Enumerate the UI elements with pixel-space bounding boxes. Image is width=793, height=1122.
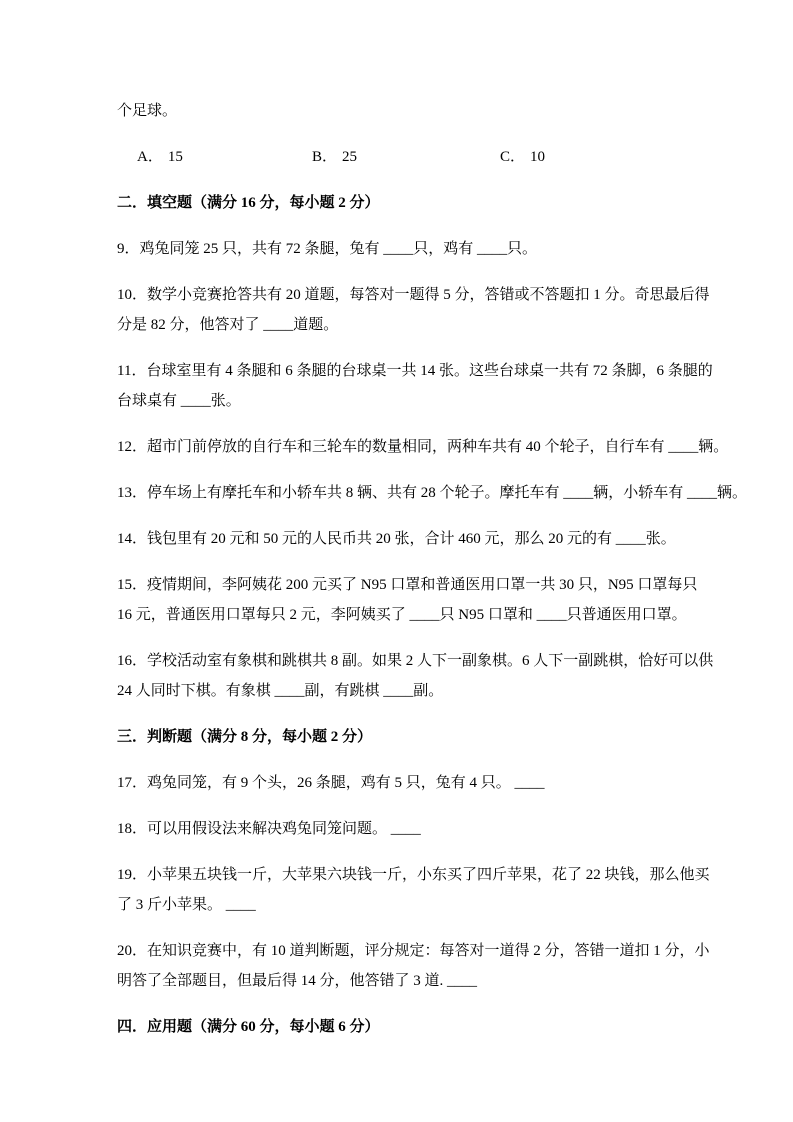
question-16: 16．学校活动室有象棋和跳棋共 8 副。如果 2 人下一副象棋。6 人下一副跳棋…	[117, 646, 683, 706]
question-12: 12．超市门前停放的自行车和三轮车的数量相同，两种车共有 40 个轮子，自行车有…	[117, 432, 683, 462]
question-8-continuation: 个足球。	[117, 96, 683, 126]
question-16-line-1: 16．学校活动室有象棋和跳棋共 8 副。如果 2 人下一副象棋。6 人下一副跳棋…	[117, 646, 683, 676]
option-c-value: 10	[530, 149, 545, 165]
question-11-line-2: 台球桌有 ____张。	[117, 386, 683, 416]
question-19-line-2: 了 3 斤小苹果。 ____	[117, 890, 683, 920]
section-4-heading: 四．应用题（满分 60 分，每小题 6 分）	[117, 1012, 683, 1042]
section-2-heading: 二．填空题（满分 16 分，每小题 2 分）	[117, 188, 683, 218]
question-11-line-1: 11．台球室里有 4 条腿和 6 条腿的台球桌一共 14 张。这些台球桌一共有 …	[117, 356, 683, 386]
question-13: 13．停车场上有摩托车和小轿车共 8 辆、共有 28 个轮子。摩托车有 ____…	[117, 478, 683, 508]
question-15-line-2: 16 元，普通医用口罩每只 2 元，李阿姨买了 ____只 N95 口罩和 __…	[117, 600, 683, 630]
option-a-value: 15	[168, 149, 183, 165]
question-15: 15．疫情期间，李阿姨花 200 元买了 N95 口罩和普通医用口罩一共 30 …	[117, 570, 683, 630]
question-11: 11．台球室里有 4 条腿和 6 条腿的台球桌一共 14 张。这些台球桌一共有 …	[117, 356, 683, 416]
question-8-options-row: A．15 B．25 C．10	[117, 142, 683, 172]
question-15-line-1: 15．疫情期间，李阿姨花 200 元买了 N95 口罩和普通医用口罩一共 30 …	[117, 570, 683, 600]
question-10: 10．数学小竞赛抢答共有 20 道题，每答对一题得 5 分，答错或不答题扣 1 …	[117, 280, 683, 340]
question-9: 9．鸡兔同笼 25 只，共有 72 条腿，兔有 ____只，鸡有 ____只。	[117, 234, 683, 264]
option-c: C．10	[500, 142, 545, 172]
question-20-line-2: 明答了全部题目，但最后得 14 分，他答错了 3 道. ____	[117, 966, 683, 996]
option-b-value: 25	[342, 149, 357, 165]
question-16-line-2: 24 人同时下棋。有象棋 ____副，有跳棋 ____副。	[117, 676, 683, 706]
question-13-line-1: 13．停车场上有摩托车和小轿车共 8 辆、共有 28 个轮子。摩托车有 ____…	[117, 478, 683, 508]
question-17-line-1: 17．鸡兔同笼，有 9 个头，26 条腿，鸡有 5 只，兔有 4 只。 ____	[117, 768, 683, 798]
question-8-continuation-line: 个足球。	[117, 96, 683, 126]
question-18-line-1: 18．可以用假设法来解决鸡兔同笼问题。 ____	[117, 814, 683, 844]
option-b-label: B．	[312, 149, 337, 165]
option-a: A．15	[137, 142, 312, 172]
question-9-line-1: 9．鸡兔同笼 25 只，共有 72 条腿，兔有 ____只，鸡有 ____只。	[117, 234, 683, 264]
option-a-label: A．	[137, 149, 163, 165]
question-14: 14．钱包里有 20 元和 50 元的人民币共 20 张，合计 460 元，那么…	[117, 524, 683, 554]
question-18: 18．可以用假设法来解决鸡兔同笼问题。 ____	[117, 814, 683, 844]
question-14-line-1: 14．钱包里有 20 元和 50 元的人民币共 20 张，合计 460 元，那么…	[117, 524, 683, 554]
question-19: 19．小苹果五块钱一斤，大苹果六块钱一斤，小东买了四斤苹果，花了 22 块钱，那…	[117, 860, 683, 920]
section-3-heading: 三．判断题（满分 8 分，每小题 2 分）	[117, 722, 683, 752]
question-20-line-1: 20．在知识竞赛中，有 10 道判断题，评分规定：每答对一道得 2 分，答错一道…	[117, 936, 683, 966]
question-12-line-1: 12．超市门前停放的自行车和三轮车的数量相同，两种车共有 40 个轮子，自行车有…	[117, 432, 683, 462]
question-10-line-2: 分是 82 分，他答对了 ____道题。	[117, 310, 683, 340]
option-c-label: C．	[500, 149, 525, 165]
document-page: 个足球。 A．15 B．25 C．10 二．填空题（满分 16 分，每小题 2 …	[0, 0, 793, 1122]
option-b: B．25	[312, 142, 500, 172]
question-17: 17．鸡兔同笼，有 9 个头，26 条腿，鸡有 5 只，兔有 4 只。 ____	[117, 768, 683, 798]
question-19-line-1: 19．小苹果五块钱一斤，大苹果六块钱一斤，小东买了四斤苹果，花了 22 块钱，那…	[117, 860, 683, 890]
question-10-line-1: 10．数学小竞赛抢答共有 20 道题，每答对一题得 5 分，答错或不答题扣 1 …	[117, 280, 683, 310]
question-20: 20．在知识竞赛中，有 10 道判断题，评分规定：每答对一道得 2 分，答错一道…	[117, 936, 683, 996]
